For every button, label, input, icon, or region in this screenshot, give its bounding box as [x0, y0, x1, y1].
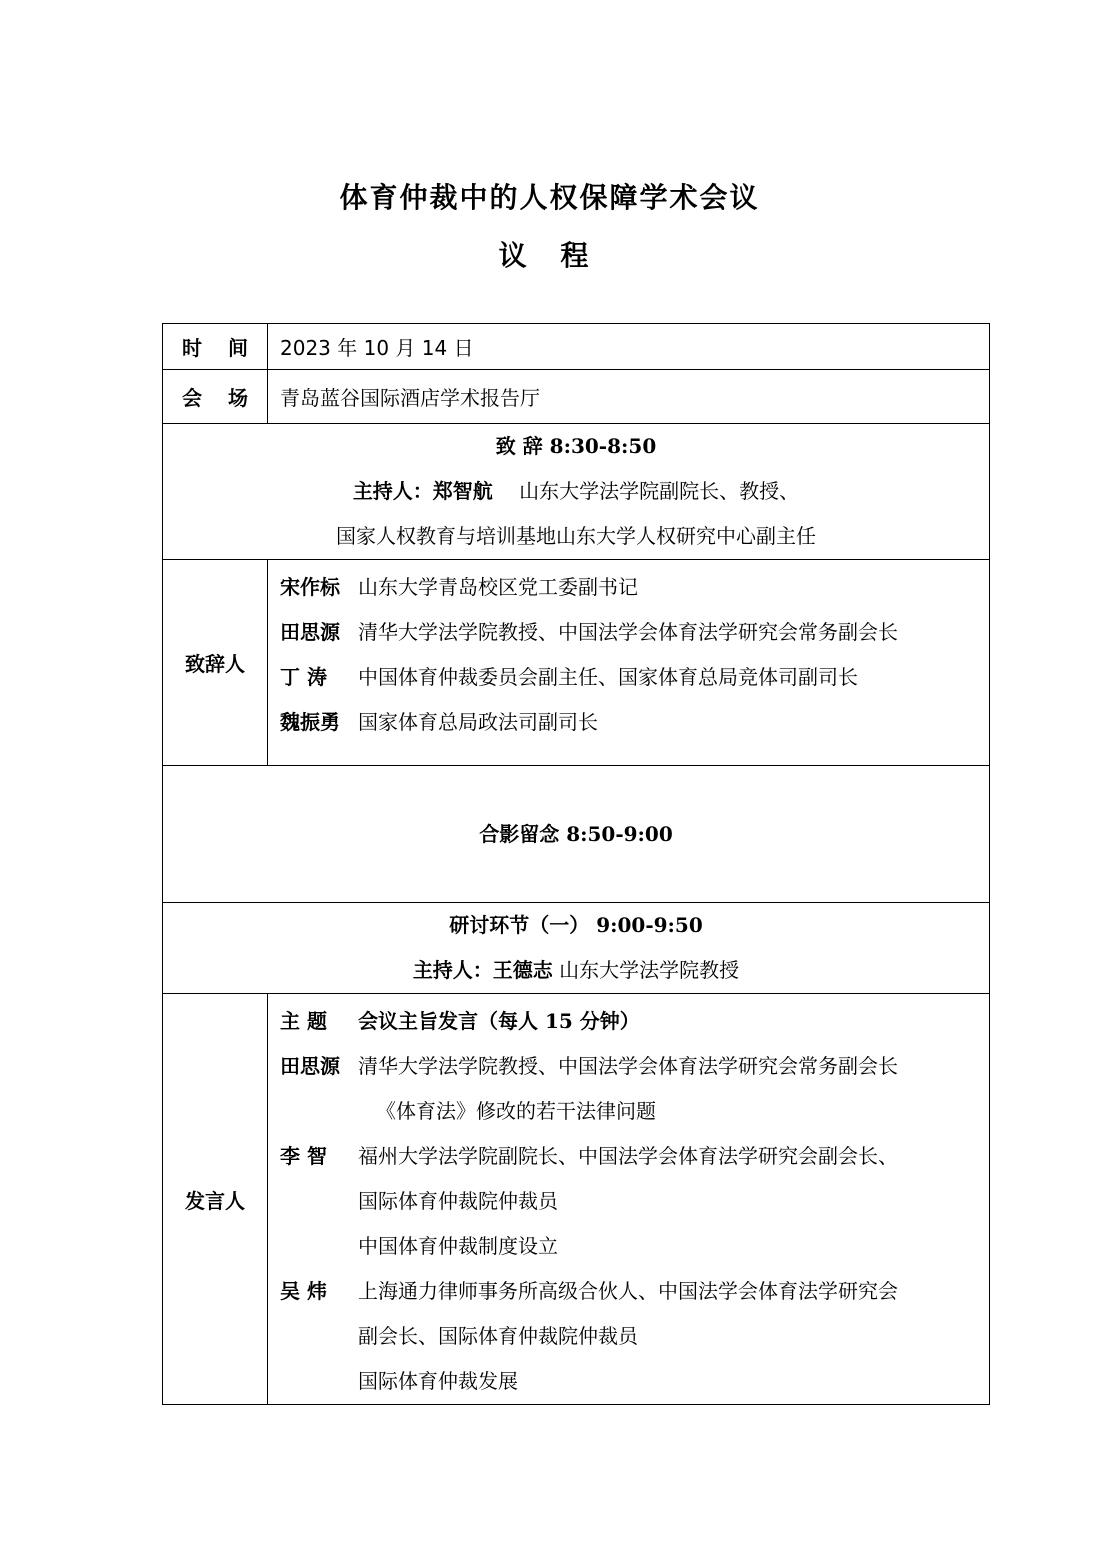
theme-label: 主 题 — [280, 999, 358, 1044]
presenters-label: 发言人 — [163, 994, 268, 1405]
document-title: 体育仲裁中的人权保障学术会议 — [0, 178, 1099, 218]
presenters-row: 发言人 主 题 会议主旨发言（每人 15 分钟） 田思源 清华大学法学院教授、中… — [163, 994, 990, 1405]
opening-row: 致 辞 8:30-8:50 主持人：郑智航 山东大学法学院副院长、教授、 国家人… — [163, 424, 990, 560]
document-subtitle: 议 程 — [0, 236, 1099, 276]
speaker-item: 魏振勇 国家体育总局政法司副司长 — [268, 700, 989, 745]
speaker-title: 山东大学青岛校区党工委副书记 — [358, 565, 638, 610]
presenter-item: 田思源 清华大学法学院教授、中国法学会体育法学研究会常务副会长 — [268, 1044, 989, 1089]
speaker-name: 魏振勇 — [280, 700, 358, 745]
presenter-topic: 国际体育仲裁发展 — [268, 1359, 989, 1404]
theme-item: 主 题 会议主旨发言（每人 15 分钟） — [268, 999, 989, 1044]
venue-value: 青岛蓝谷国际酒店学术报告厅 — [268, 370, 990, 424]
presenter-name: 吴 炜 — [280, 1269, 358, 1314]
presenters-list: 主 题 会议主旨发言（每人 15 分钟） 田思源 清华大学法学院教授、中国法学会… — [268, 994, 990, 1405]
speaker-name: 丁 涛 — [280, 655, 358, 700]
session1-host-name: 主持人：王德志 — [413, 958, 553, 982]
presenter-name: 李 智 — [280, 1134, 358, 1179]
speeches-label: 致辞人 — [163, 560, 268, 766]
presenter-name: 田思源 — [280, 1044, 358, 1089]
opening-heading: 致 辞 8:30-8:50 — [163, 424, 989, 469]
time-value: 2023 年 10 月 14 日 — [268, 324, 990, 370]
speaker-name: 田思源 — [280, 610, 358, 655]
presenter-title-cont: 副会长、国际体育仲裁院仲裁员 — [268, 1314, 989, 1359]
speeches-row: 致辞人 宋作标 山东大学青岛校区党工委副书记 田思源 清华大学法学院教授、中国法… — [163, 560, 990, 766]
session1-row: 研讨环节（一） 9:00-9:50 主持人：王德志 山东大学法学院教授 — [163, 903, 990, 994]
presenter-topic: 中国体育仲裁制度设立 — [268, 1224, 989, 1269]
opening-cell: 致 辞 8:30-8:50 主持人：郑智航 山东大学法学院副院长、教授、 国家人… — [163, 424, 990, 560]
photo-cell: 合影留念 8:50-9:00 — [163, 766, 990, 903]
session1-cell: 研讨环节（一） 9:00-9:50 主持人：王德志 山东大学法学院教授 — [163, 903, 990, 994]
speaker-name: 宋作标 — [280, 565, 358, 610]
speaker-title: 清华大学法学院教授、中国法学会体育法学研究会常务副会长 — [358, 610, 898, 655]
time-row: 时间 2023 年 10 月 14 日 — [163, 324, 990, 370]
theme-value: 会议主旨发言（每人 15 分钟） — [358, 999, 640, 1044]
opening-host-title-1: 山东大学法学院副院长、教授、 — [519, 479, 799, 503]
venue-row: 会场 青岛蓝谷国际酒店学术报告厅 — [163, 370, 990, 424]
presenter-item: 李 智 福州大学法学院副院长、中国法学会体育法学研究会副会长、 — [268, 1134, 989, 1179]
venue-label-cell: 会场 — [163, 370, 268, 424]
presenter-item: 吴 炜 上海通力律师事务所高级合伙人、中国法学会体育法学研究会 — [268, 1269, 989, 1314]
speaker-item: 田思源 清华大学法学院教授、中国法学会体育法学研究会常务副会长 — [268, 610, 989, 655]
time-label: 时间 — [182, 336, 274, 360]
speaker-item: 宋作标 山东大学青岛校区党工委副书记 — [268, 565, 989, 610]
opening-host-title-2: 国家人权教育与培训基地山东大学人权研究中心副主任 — [163, 514, 989, 559]
session1-host: 主持人：王德志 山东大学法学院教授 — [163, 948, 989, 993]
agenda-table: 时间 2023 年 10 月 14 日 会场 青岛蓝谷国际酒店学术报告厅 致 辞… — [162, 323, 990, 1405]
presenter-title: 福州大学法学院副院长、中国法学会体育法学研究会副会长、 — [358, 1134, 898, 1179]
presenter-topic: 《体育法》修改的若干法律问题 — [268, 1089, 989, 1134]
speaker-title: 国家体育总局政法司副司长 — [358, 700, 598, 745]
session1-heading: 研讨环节（一） 9:00-9:50 — [163, 903, 989, 948]
opening-host-name: 主持人：郑智航 — [353, 479, 493, 503]
speeches-list: 宋作标 山东大学青岛校区党工委副书记 田思源 清华大学法学院教授、中国法学会体育… — [268, 560, 990, 766]
presenter-title-cont: 国际体育仲裁院仲裁员 — [268, 1179, 989, 1224]
photo-heading: 合影留念 8:50-9:00 — [163, 812, 989, 857]
presenter-title: 上海通力律师事务所高级合伙人、中国法学会体育法学研究会 — [358, 1269, 898, 1314]
speaker-item: 丁 涛 中国体育仲裁委员会副主任、国家体育总局竞体司副司长 — [268, 655, 989, 700]
speaker-title: 中国体育仲裁委员会副主任、国家体育总局竞体司副司长 — [358, 655, 858, 700]
opening-host: 主持人：郑智航 山东大学法学院副院长、教授、 — [163, 469, 989, 514]
session1-host-title: 山东大学法学院教授 — [559, 958, 739, 982]
photo-row: 合影留念 8:50-9:00 — [163, 766, 990, 903]
presenter-title: 清华大学法学院教授、中国法学会体育法学研究会常务副会长 — [358, 1044, 898, 1089]
time-label-cell: 时间 — [163, 324, 268, 370]
venue-label: 会场 — [182, 386, 274, 410]
